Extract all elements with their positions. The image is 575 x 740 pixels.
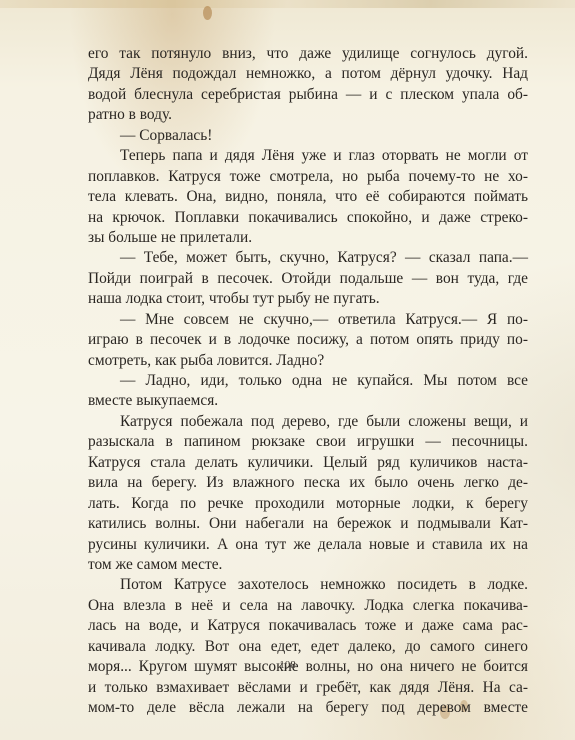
- text-line: наша лодка стоит, чтобы тут рыбу не пуга…: [88, 289, 528, 309]
- text-line: зы больше не прилетали.: [88, 228, 528, 248]
- text-line: мом-то деле вёсла лежали на берегу под д…: [88, 698, 528, 718]
- text-line: на крючок. Поплавки покачивались спокойн…: [88, 208, 528, 228]
- text-line: том же самом месте.: [88, 555, 528, 575]
- text-line: поплавков. Катруся тоже смотрела, но рыб…: [88, 167, 528, 187]
- text-line: русины куличики. А она тут же делала нов…: [88, 535, 528, 555]
- text-line: — Тебе, может быть, скучно, Катруся? — с…: [88, 248, 528, 268]
- body-text: его так потянуло вниз, что даже удилище …: [88, 44, 528, 718]
- text-line: — Ладно, иди, только одна не купайся. Мы…: [88, 371, 528, 391]
- text-line: тела клевать. Она, видно, поняла, что её…: [88, 187, 528, 207]
- text-line: Катруся побежала под дерево, где были сл…: [88, 412, 528, 432]
- text-line: и только взмахивает вёслами и гребёт, ка…: [88, 678, 528, 698]
- text-line: смотреть, как рыба ловится. Ладно?: [88, 351, 528, 371]
- scanned-book-page: его так потянуло вниз, что даже удилище …: [0, 0, 575, 740]
- text-line: качивала лодку. Вот она едет, едет далек…: [88, 637, 528, 657]
- text-line: вместе выкупаемся.: [88, 391, 528, 411]
- stain-spot: [203, 6, 212, 20]
- text-line: лась на воде, и Катруся покачивалась тож…: [88, 616, 528, 636]
- page-number: 108: [0, 659, 575, 671]
- text-line: Потом Катрусе захотелось немножко посиде…: [88, 575, 528, 595]
- text-line: разыскала в папином рюкзаке свои игрушки…: [88, 432, 528, 452]
- text-line: ратно в воду.: [88, 105, 528, 125]
- text-line: водой блеснула серебристая рыбина — и с …: [88, 85, 528, 105]
- text-line: Пойди поиграй в песочек. Отойди подальше…: [88, 269, 528, 289]
- text-line: катились волны. Они набегали на бережок …: [88, 514, 528, 534]
- text-line: вила на берегу. Из влажного песка их был…: [88, 473, 528, 493]
- text-line: — Сорвалась!: [88, 126, 528, 146]
- text-line: играю в песочек и в лодочке посижу, а по…: [88, 330, 528, 350]
- text-line: — Мне совсем не скучно,— ответила Катрус…: [88, 310, 528, 330]
- text-line: Дядя Лёня подождал немножко, а потом дёр…: [88, 64, 528, 84]
- text-line: лать. Когда по речке проходили моторные …: [88, 494, 528, 514]
- page-edge-stain: [0, 0, 575, 8]
- text-line: Она влезла в неё и села на лавочку. Лодк…: [88, 596, 528, 616]
- text-line: его так потянуло вниз, что даже удилище …: [88, 44, 528, 64]
- text-line: Катруся стала делать куличики. Целый ряд…: [88, 453, 528, 473]
- text-line: Теперь папа и дядя Лёня уже и глаз оторв…: [88, 146, 528, 166]
